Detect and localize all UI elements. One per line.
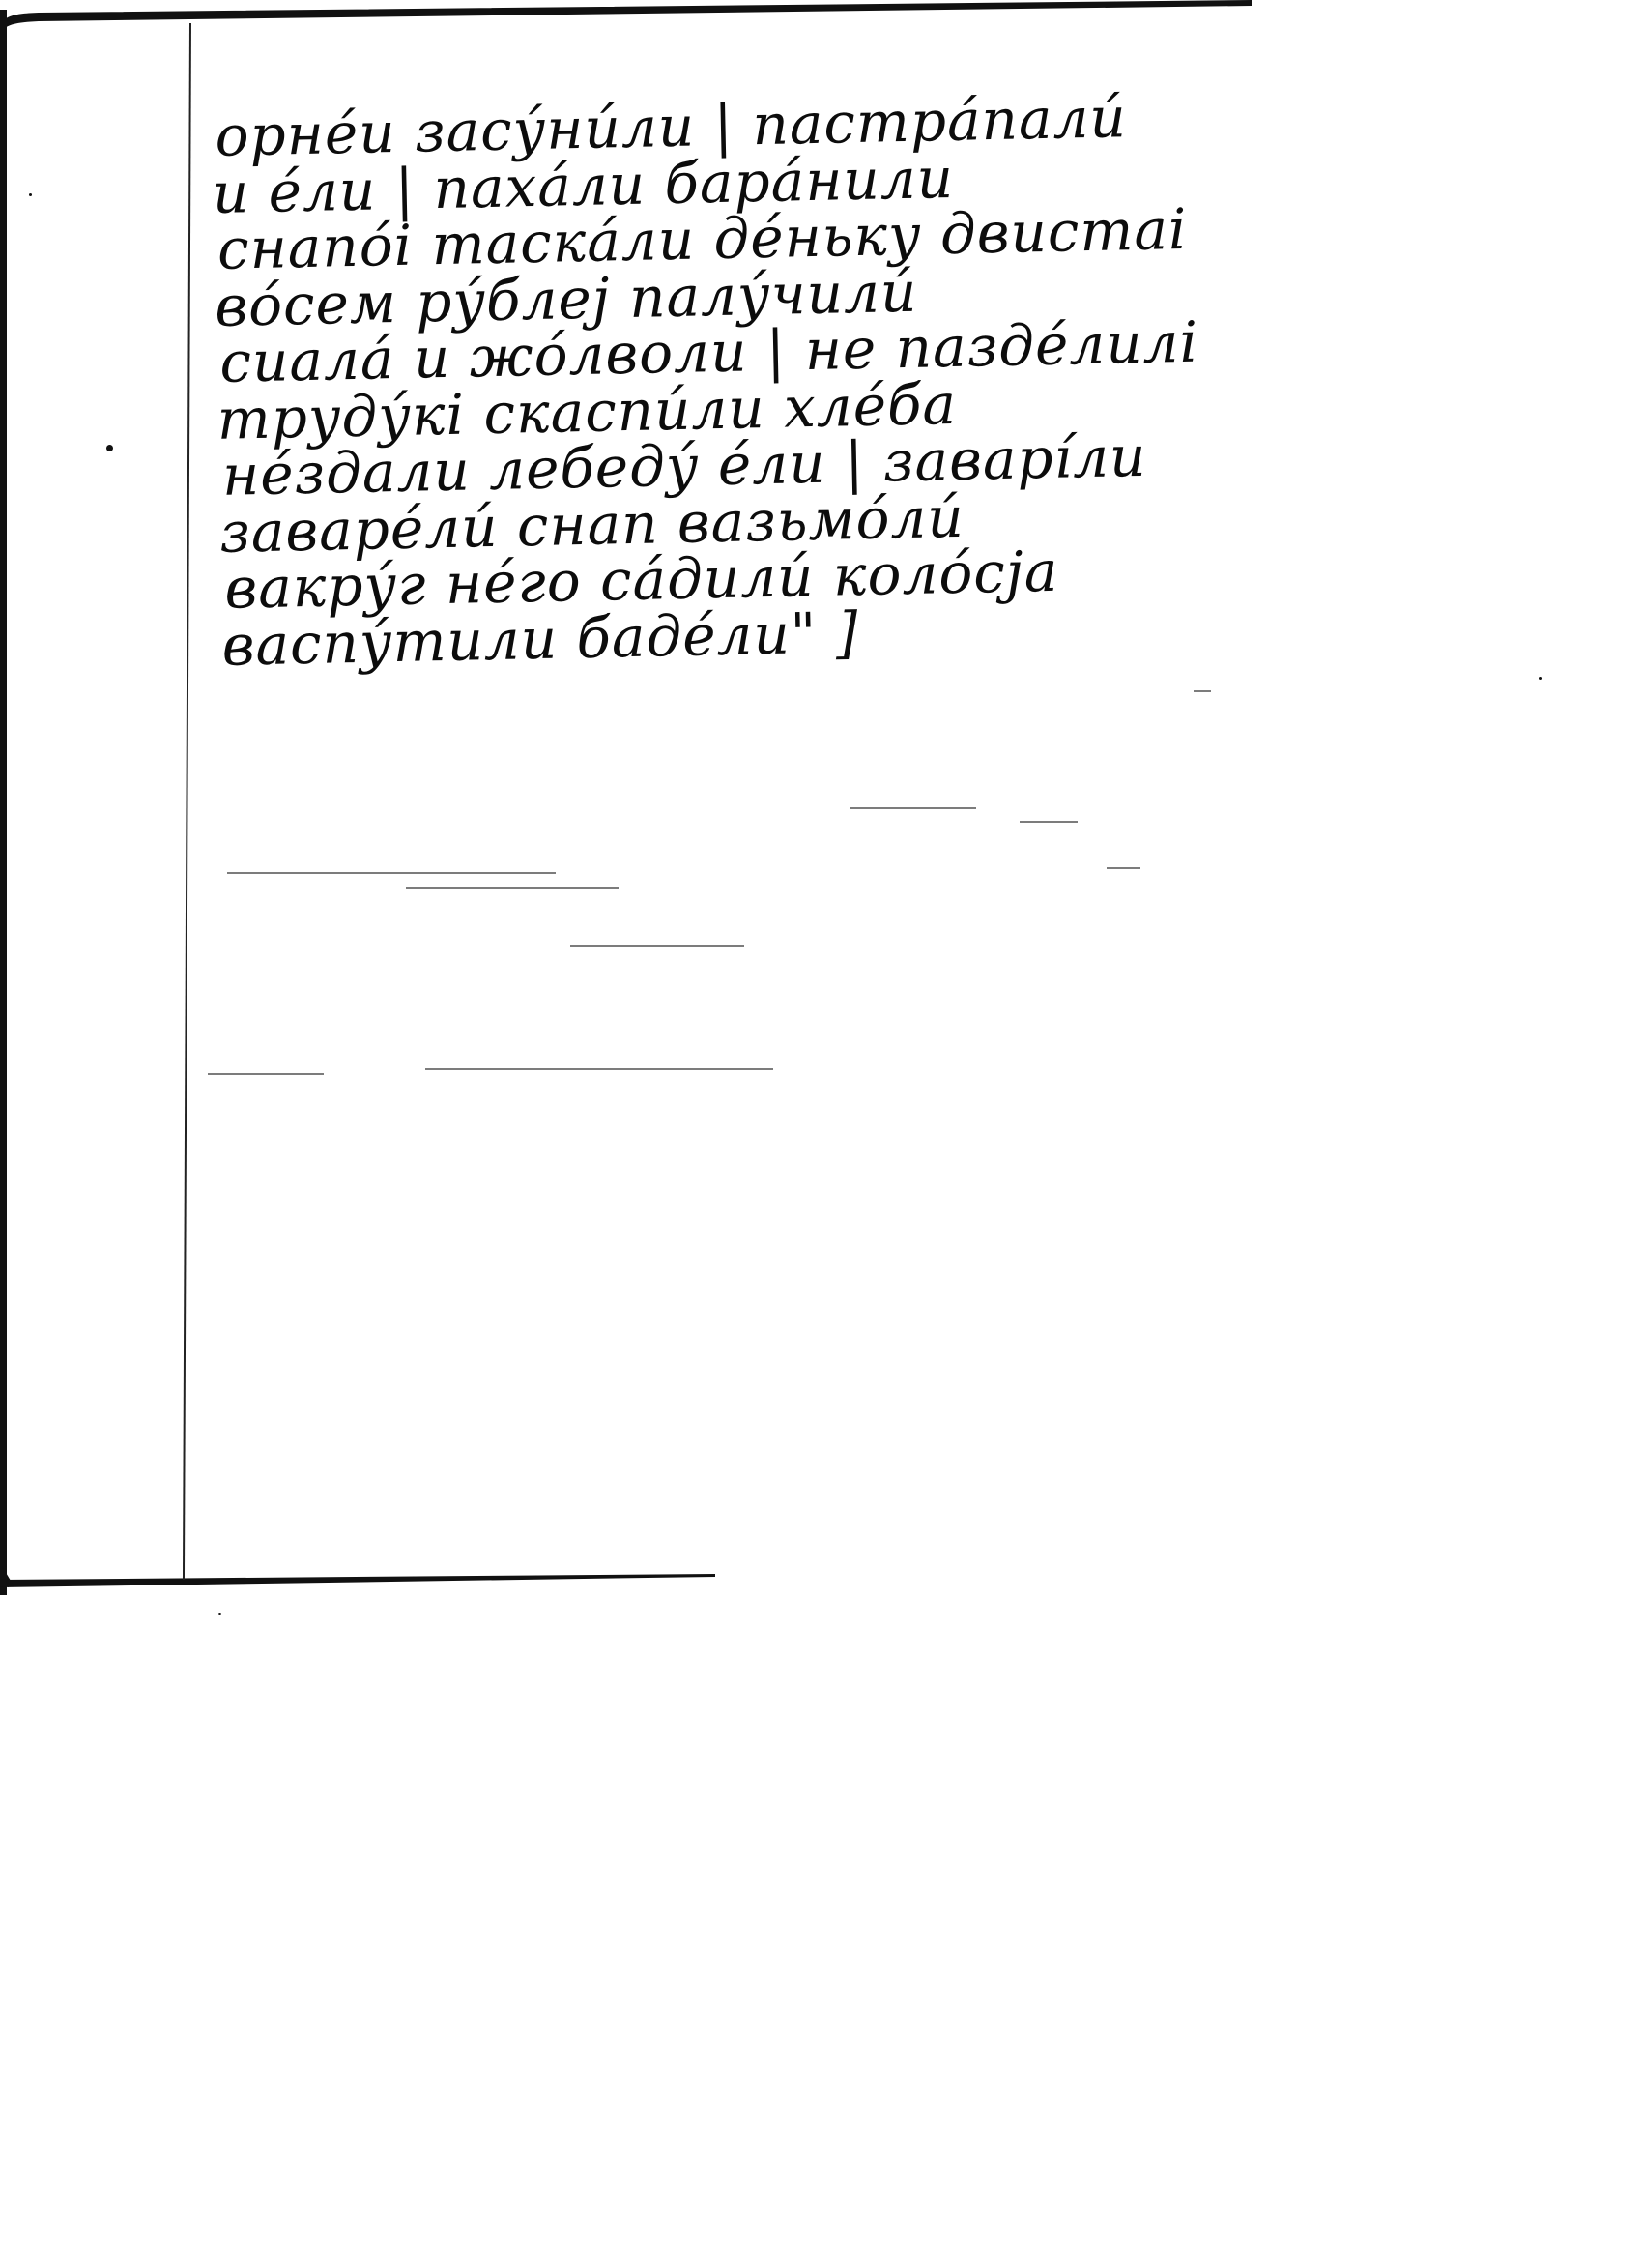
margin-line — [183, 23, 191, 1580]
ink-dot — [1539, 677, 1542, 680]
scanned-page: орне́и засу́ни́ли | пастра́пали́ и е́ли … — [0, 0, 1643, 2268]
scan-speck — [406, 887, 619, 889]
scan-speck — [1020, 821, 1078, 823]
ink-dot — [218, 1613, 221, 1615]
scan-speck — [570, 945, 744, 947]
scan-speck — [208, 1073, 324, 1075]
scan-speck — [1107, 867, 1140, 869]
page-edge-top — [0, 0, 1252, 29]
scan-speck — [425, 1068, 773, 1070]
ink-dot — [29, 193, 32, 196]
ink-dot — [106, 445, 113, 451]
scan-speck — [227, 872, 556, 874]
handwritten-text-block: орне́и засу́ни́ли | пастра́пали́ и е́ли … — [211, 86, 1305, 674]
scan-speck — [1194, 690, 1211, 692]
scan-speck — [850, 807, 976, 809]
page-edge-bottom — [0, 1566, 715, 1595]
page-edge-left — [0, 10, 7, 1595]
